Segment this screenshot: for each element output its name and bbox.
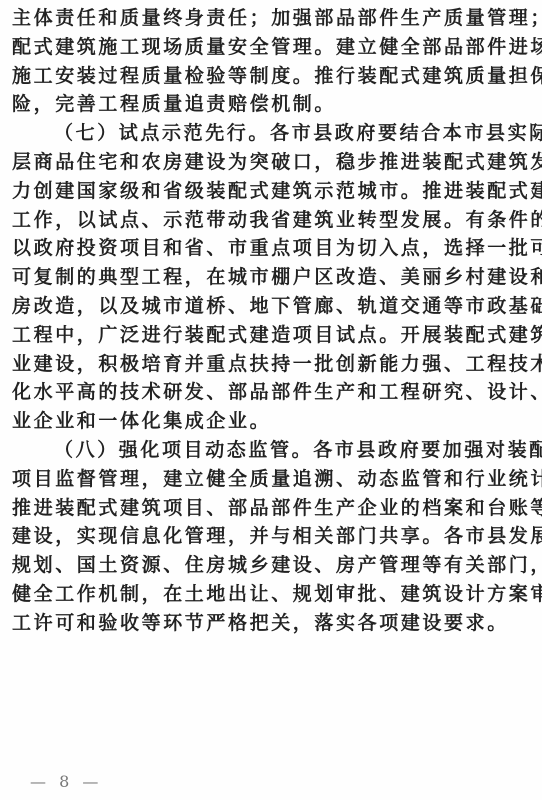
text-line: 工程中，广泛进行装配式建造项目试点。开展装配式建筑示范企 (12, 321, 532, 350)
text-line: 工许可和验收等环节严格把关，落实各项建设要求。 (12, 609, 532, 638)
text-line: 项目监督管理，建立健全质量追溯、动态监管和行业统计制度， (12, 465, 532, 494)
text-line: 化水平高的技术研发、部品部件生产和工程研究、设计、建造专 (12, 378, 532, 407)
document-page: 主体责任和质量终身责任；加强部品部件生产质量管理；强化装 配式建筑施工现场质量安… (0, 0, 542, 800)
text-line: 建设，实现信息化管理，并与相关部门共享。各市县发展改革、 (12, 522, 532, 551)
text-line: 力创建国家级和省级装配式建筑示范城市。推进装配式建筑示范 (12, 177, 532, 206)
section-heading-line-8: （八）强化项目动态监管。各市县政府要加强对装配式建筑 (12, 436, 532, 465)
text-line: 房改造，以及城市道桥、地下管廊、轨道交通等市政基础设施等 (12, 292, 532, 321)
text-line: 业建设，积极培育并重点扶持一批创新能力强、工程技术和信息 (12, 350, 532, 379)
text-line: 层商品住宅和农房建设为突破口，稳步推进装配式建筑发展，努 (12, 148, 532, 177)
text-line: 工作，以试点、示范带动我省建筑业转型发展。有条件的地区要 (12, 206, 532, 235)
text-line: 施工安装过程质量检验等制度。推行装配式建筑质量担保和保 (12, 62, 532, 91)
text-line: 配式建筑施工现场质量安全管理。建立健全部品部件进场检验及 (12, 33, 532, 62)
text-line: 以政府投资项目和省、市重点项目为切入点，选择一批可借鉴、 (12, 234, 532, 263)
body-text: 主体责任和质量终身责任；加强部品部件生产质量管理；强化装 配式建筑施工现场质量安… (12, 4, 532, 638)
page-number: — 8 — (30, 772, 102, 791)
text-line: 险，完善工程质量追责赔偿机制。 (12, 90, 532, 119)
text-line: 主体责任和质量终身责任；加强部品部件生产质量管理；强化装 (12, 4, 532, 33)
section-heading-line-7: （七）试点示范先行。各市县政府要结合本市县实际，以多 (12, 119, 532, 148)
text-line: 规划、国土资源、住房城乡建设、房产管理等有关部门，应建立 (12, 551, 532, 580)
text-line: 可复制的典型工程，在城市棚户区改造、美丽乡村建设和农村危 (12, 263, 532, 292)
text-line: 业企业和一体化集成企业。 (12, 407, 532, 436)
text-line: 健全工作机制，在土地出让、规划审批、建筑设计方案审查、施 (12, 580, 532, 609)
text-line: 推进装配式建筑项目、部品部件生产企业的档案和台账等信息库 (12, 494, 532, 523)
